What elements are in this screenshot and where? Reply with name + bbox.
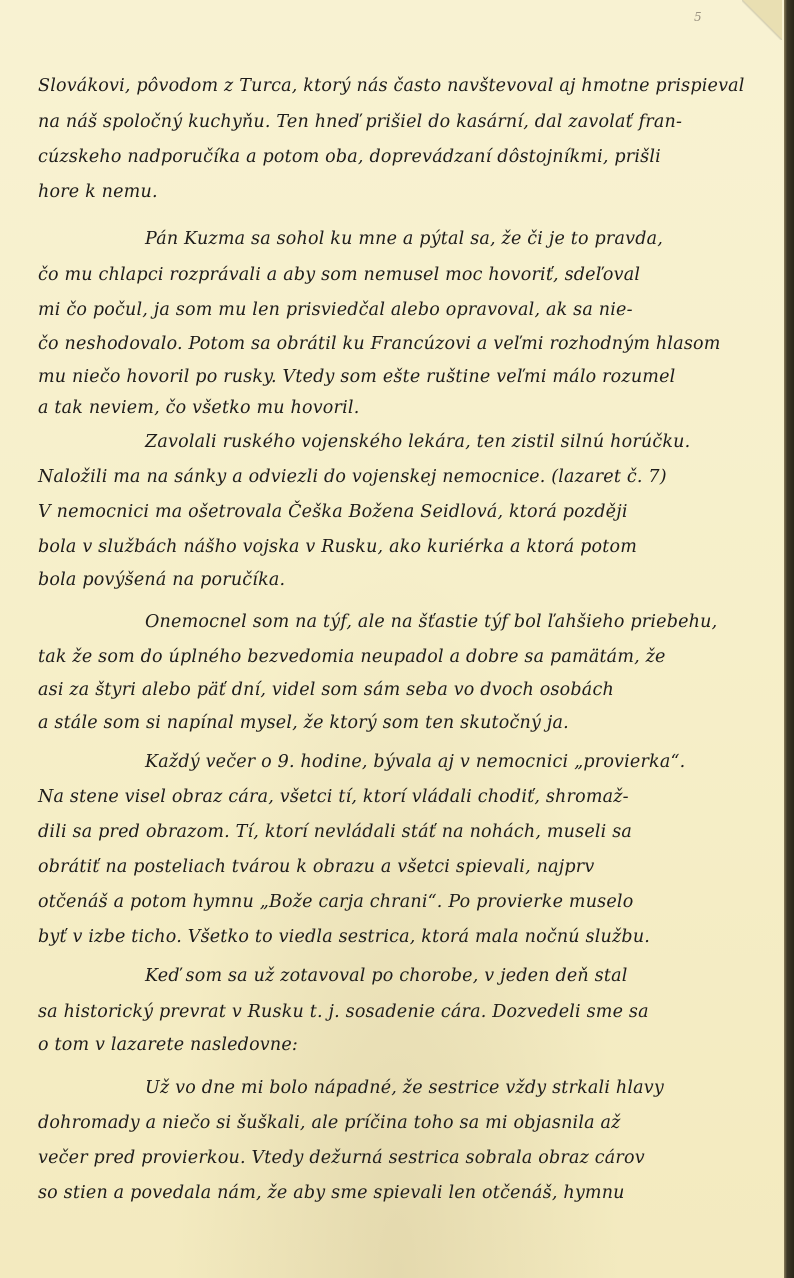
handwritten-line: dohromady a niečo si šuškali, ale príčin… (38, 1113, 621, 1133)
handwritten-line: otčenáš a potom hymnu „Bože carja chrani… (38, 892, 633, 912)
handwritten-line: V nemocnici ma ošetrovala Češka Božena S… (38, 502, 628, 522)
handwritten-line: mi čo počul, ja som mu len prisviedčal a… (38, 300, 633, 320)
handwritten-line: Na stene visel obraz cára, všetci tí, kt… (38, 787, 629, 807)
handwritten-line: byť v izbe ticho. Všetko to viedla sestr… (38, 927, 650, 947)
handwritten-line: Zavolali ruského vojenského lekára, ten … (145, 432, 690, 452)
handwritten-line: Pán Kuzma sa sohol ku mne a pýtal sa, že… (145, 229, 663, 249)
page-number: 5 (694, 10, 702, 24)
binding-edge (784, 0, 794, 1278)
handwritten-line: a stále som si napínal mysel, že ktorý s… (38, 713, 569, 733)
handwritten-line: na náš spoločný kuchyňu. Ten hneď prišie… (38, 112, 682, 132)
handwritten-line: tak že som do úplného bezvedomia neupado… (38, 647, 666, 667)
handwritten-line: hore k nemu. (38, 182, 158, 202)
handwritten-line: cúzskeho nadporučíka a potom oba, doprev… (38, 147, 661, 167)
handwritten-line: asi za štyri alebo päť dní, videl som sá… (38, 680, 614, 700)
handwritten-line: sa historický prevrat v Rusku t. j. sosa… (38, 1002, 649, 1022)
handwritten-line: Keď som sa už zotavoval po chorobe, v je… (145, 966, 628, 986)
handwritten-line: Onemocnel som na týf, ale na šťastie týf… (145, 612, 717, 632)
handwritten-line: mu niečo hovoril po rusky. Vtedy som ešt… (38, 367, 675, 387)
handwritten-line: o tom v lazarete nasledovne: (38, 1035, 298, 1055)
handwritten-line: obrátiť na posteliach tvárou k obrazu a … (38, 857, 594, 877)
handwritten-line: so stien a povedala nám, že aby sme spie… (38, 1183, 625, 1203)
handwritten-line: a tak neviem, čo všetko mu hovoril. (38, 398, 359, 418)
handwritten-line: čo mu chlapci rozprávali a aby som nemus… (38, 265, 640, 285)
handwritten-line: čo neshodovalo. Potom sa obrátil ku Fran… (38, 334, 721, 354)
handwritten-line: Už vo dne mi bolo nápadné, že sestrice v… (145, 1078, 664, 1098)
handwritten-line: Naložili ma na sánky a odviezli do vojen… (38, 467, 667, 487)
handwritten-line: bola povýšená na poručíka. (38, 570, 285, 590)
handwritten-line: večer pred provierkou. Vtedy dežurná ses… (38, 1148, 645, 1168)
folded-corner (742, 0, 782, 40)
handwritten-line: bola v službách nášho vojska v Rusku, ak… (38, 537, 637, 557)
handwritten-line: Slovákovi, pôvodom z Turca, ktorý nás ča… (38, 76, 745, 96)
handwritten-line: dili sa pred obrazom. Tí, ktorí nevládal… (38, 822, 632, 842)
manuscript-page: 5 Slovákovi, pôvodom z Turca, ktorý nás … (0, 0, 794, 1278)
handwritten-line: Každý večer o 9. hodine, bývala aj v nem… (145, 752, 685, 772)
